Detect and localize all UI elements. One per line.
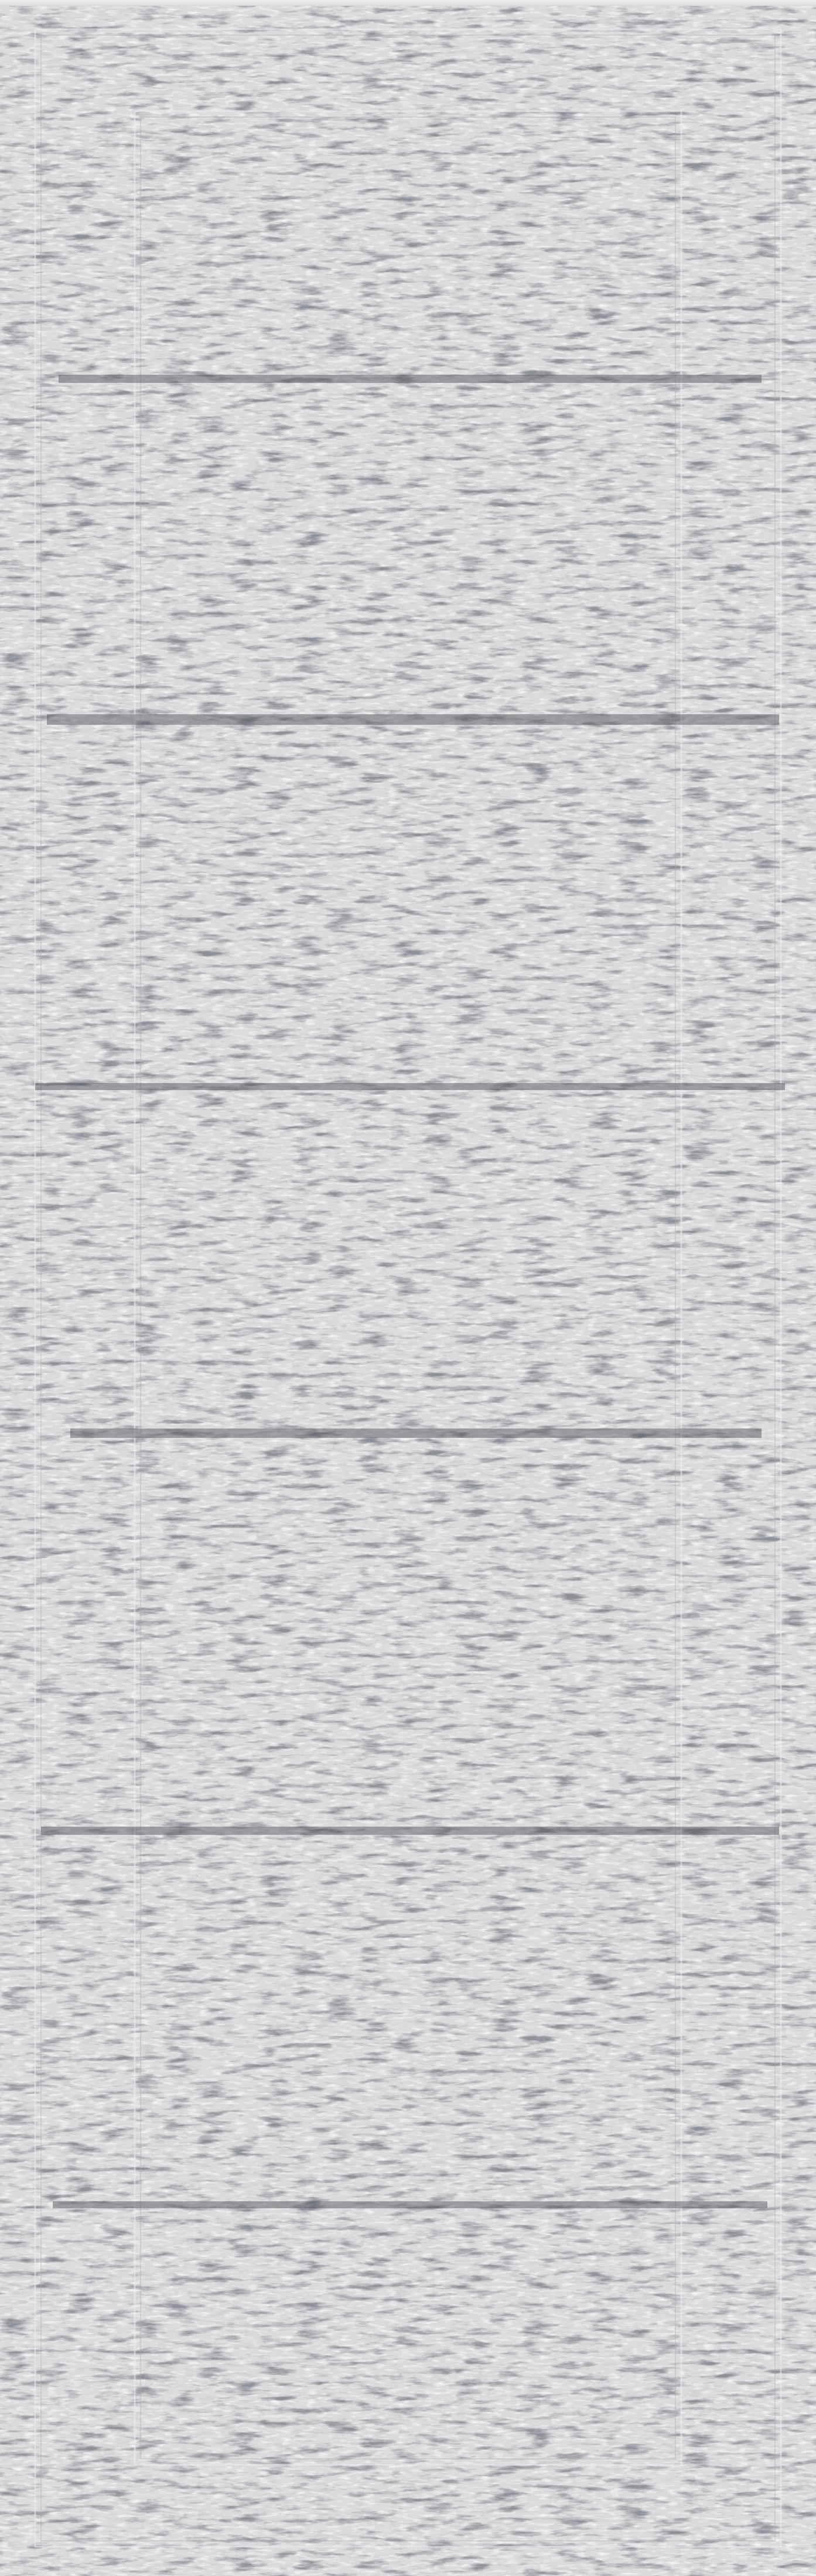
rug-top-edge (0, 0, 816, 6)
rug-photo (0, 0, 816, 2576)
rug-texture (0, 0, 816, 2576)
